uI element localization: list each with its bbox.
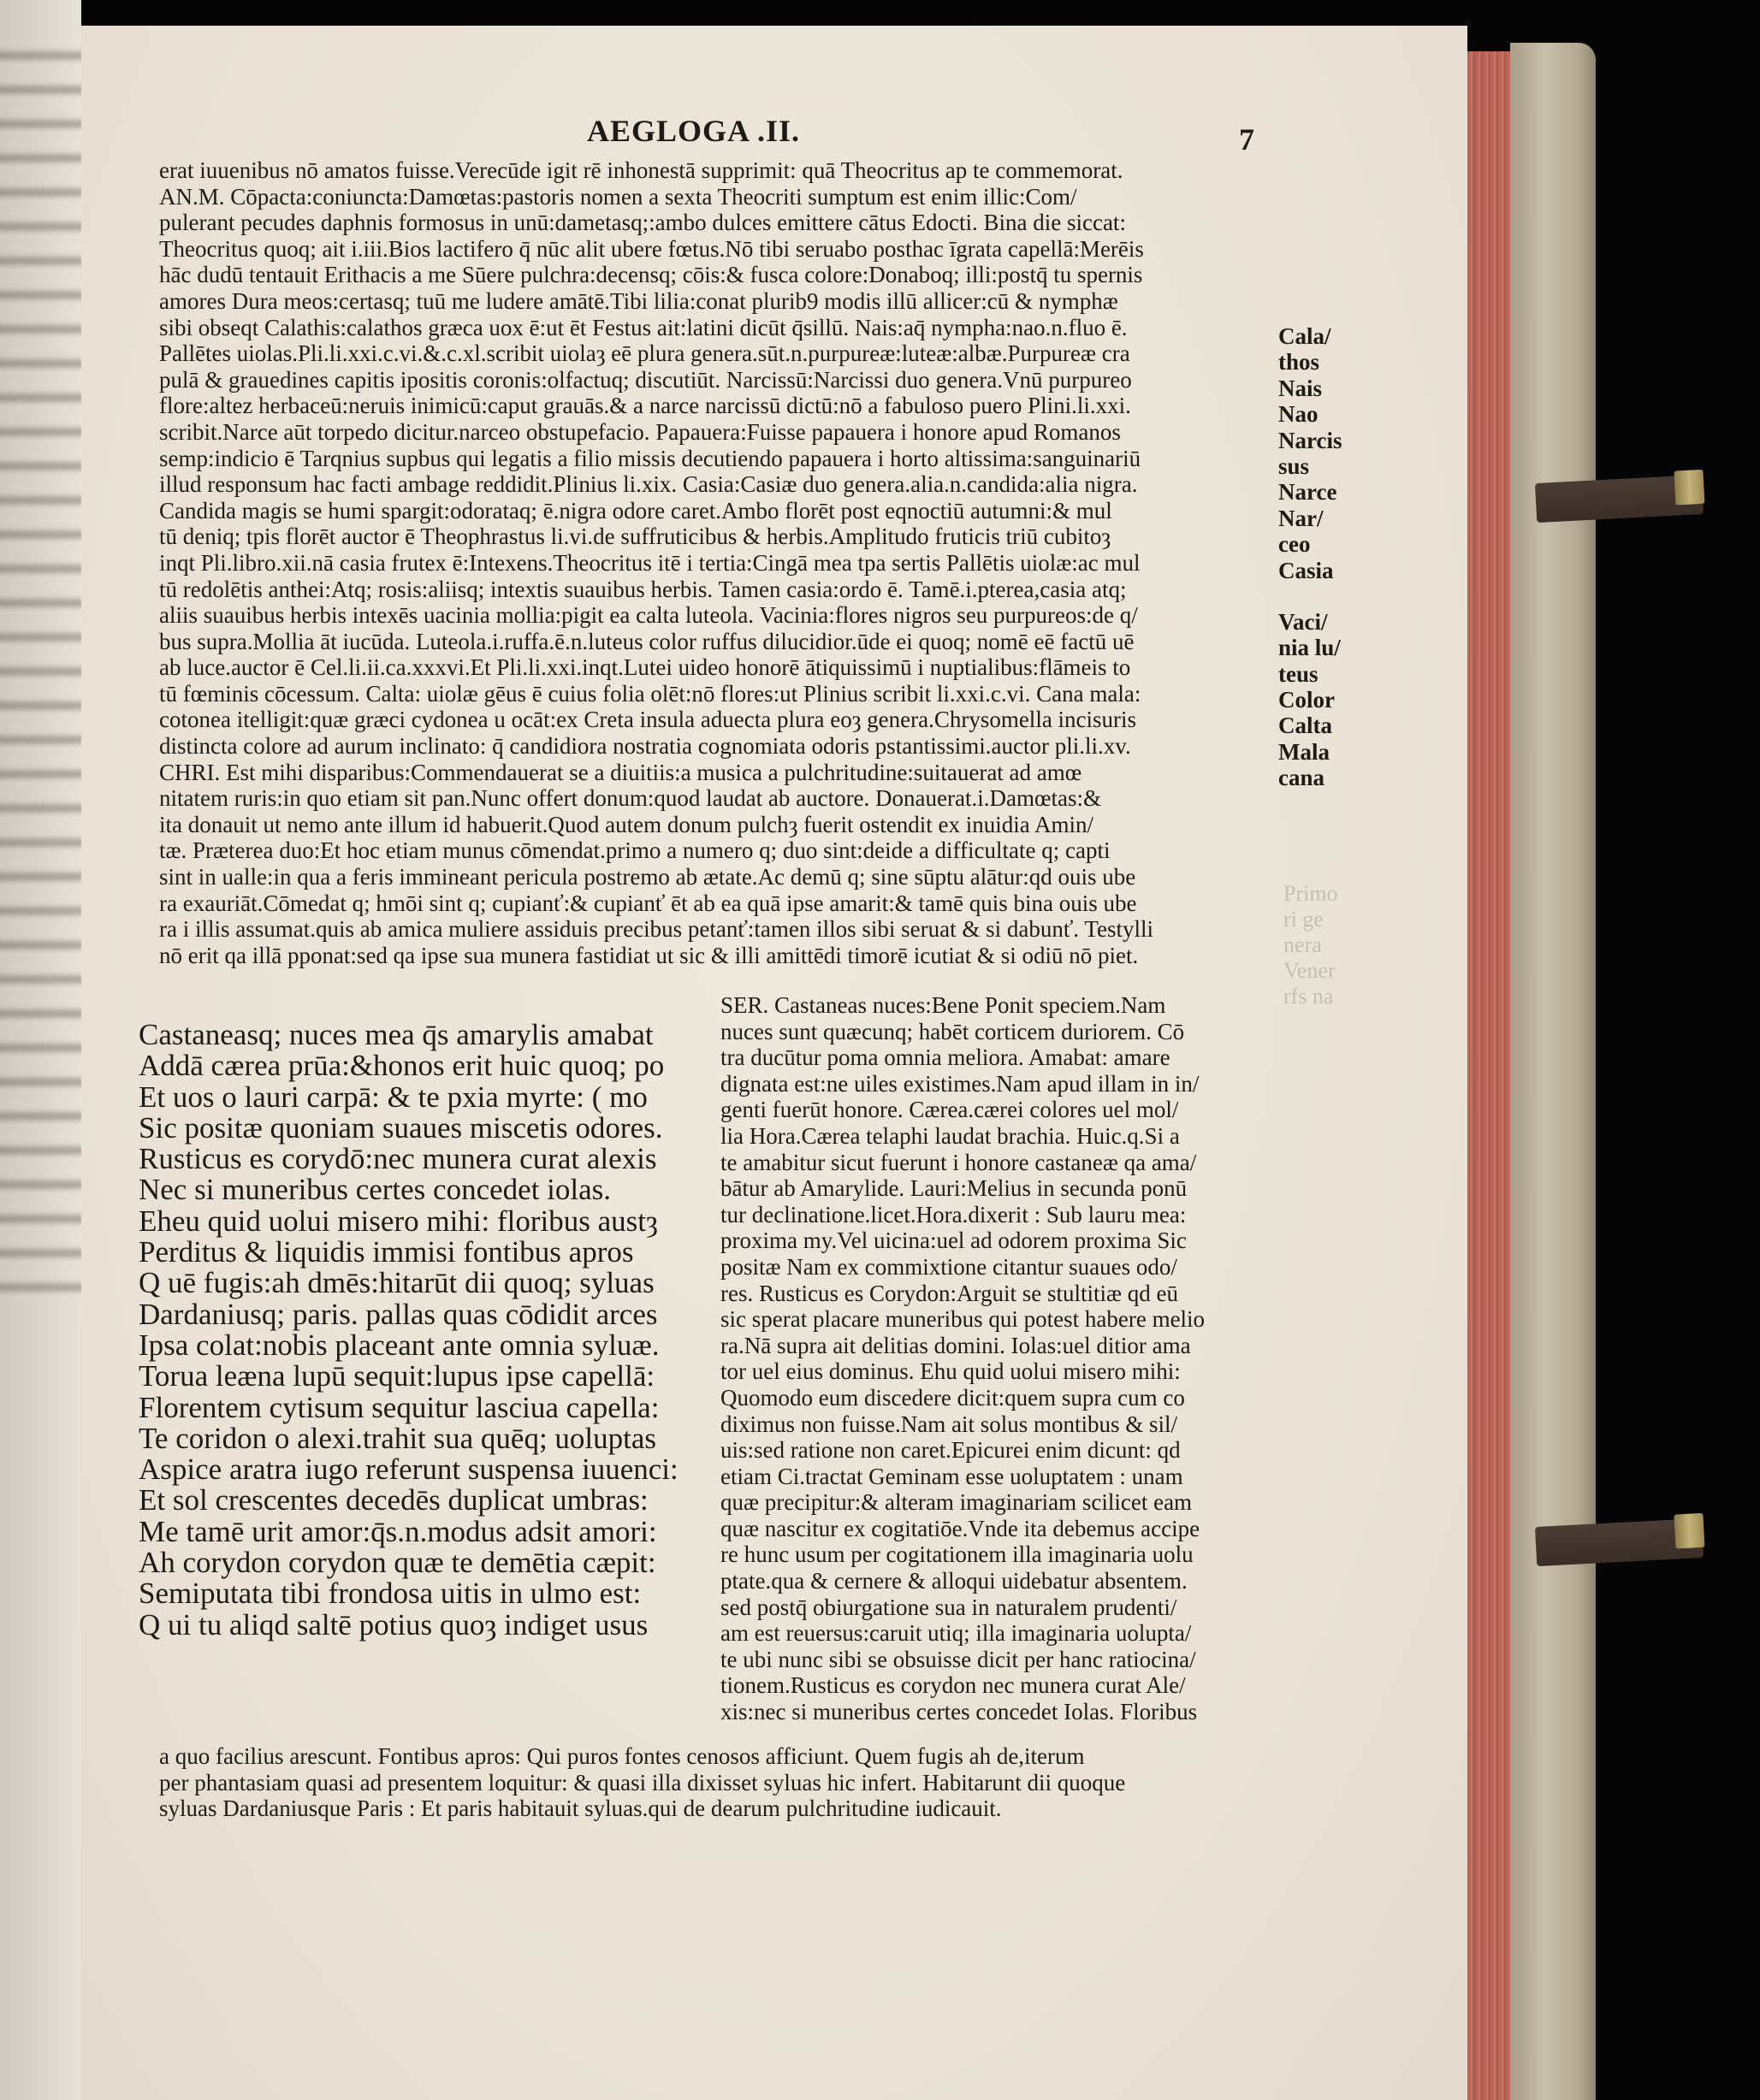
commentary-line: genti fuerūt honore. Cærea.cærei colores… bbox=[720, 1097, 1205, 1123]
verse-line: Et uos o lauri carpā: & te pxia myrte: (… bbox=[139, 1082, 679, 1113]
commentary-line: sic sperat placare muneribus qui potest … bbox=[720, 1306, 1205, 1333]
blurred-text-line bbox=[0, 1180, 81, 1189]
facing-left-page bbox=[0, 0, 81, 2100]
blurred-text-line bbox=[0, 975, 81, 984]
verse-line: Q ui tu aliqd saltē potius quoȝ indiget … bbox=[139, 1610, 679, 1641]
verse-line: Q uē fugis:ah dmēs:hitarūt dii quoq; syl… bbox=[139, 1268, 679, 1298]
blurred-text-line bbox=[0, 1283, 81, 1292]
blurred-text-line bbox=[0, 907, 81, 915]
commentary-line: tæ. Præterea duo:Et hoc etiam munus cōme… bbox=[159, 837, 1153, 864]
book-binding-vellum bbox=[1510, 43, 1596, 2100]
commentary-line: tur declinatione.licet.Hora.dixerit : Su… bbox=[720, 1202, 1205, 1228]
commentary-line: lia Hora.Cærea telaphi laudat brachia. H… bbox=[720, 1123, 1205, 1150]
brass-clasp-fitting bbox=[1674, 470, 1704, 506]
commentary-top: erat iuuenibus nō amatos fuisse.Verecūde… bbox=[159, 157, 1153, 968]
commentary-line: Candida magis se humi spargit:odorataq; … bbox=[159, 498, 1153, 524]
verse-line: Castaneasq; nuces mea q̄s amarylis amaba… bbox=[139, 1020, 679, 1050]
commentary-line: sint in ualle:in qua a feris immineant p… bbox=[159, 864, 1153, 890]
commentary-line: xis:nec si muneribus certes concedet Iol… bbox=[720, 1699, 1205, 1725]
commentary-line: ra i illis assumat.quis ab amica muliere… bbox=[159, 916, 1153, 943]
verse-line: Me tamē urit amor:q̄s.n.modus adsit amor… bbox=[139, 1517, 679, 1547]
commentary-line: semp:indicio ē Tarqnius supbus qui legat… bbox=[159, 446, 1153, 472]
commentary-line: dignata est:ne uiles existimes.Nam apud … bbox=[720, 1071, 1205, 1097]
commentary-line: nitatem ruris:in quo etiam sit pan.Nunc … bbox=[159, 785, 1153, 812]
blurred-text-line bbox=[0, 736, 81, 744]
commentary-line: tra ducūtur poma omnia meliora. Amabat: … bbox=[720, 1044, 1205, 1071]
verse-line: Semiputata tibi frondosa uitis in ulmo e… bbox=[139, 1578, 679, 1609]
verse-line: Sic positæ quoniam suaues miscetis odore… bbox=[139, 1113, 679, 1144]
commentary-line: te amabitur sicut fuerunt i honore casta… bbox=[720, 1150, 1205, 1176]
verse-line: Eheu quid uolui misero mihi: floribus au… bbox=[139, 1206, 679, 1237]
commentary-line: sibi obseqt Calathis:calathos græca uox … bbox=[159, 315, 1153, 341]
blurred-text-line bbox=[0, 565, 81, 573]
show-through-text: Primo ri ge nera Vener rfs na bbox=[1283, 881, 1338, 1009]
commentary-line: pulerant pecudes daphnis formosus in unū… bbox=[159, 210, 1153, 236]
blurred-text-line bbox=[0, 1078, 81, 1086]
blurred-text-line bbox=[0, 428, 81, 436]
commentary-line: CHRI. Est mihi disparibus:Commendauerat … bbox=[159, 760, 1153, 786]
blurred-text-line bbox=[0, 530, 81, 539]
show-through-line: nera bbox=[1283, 932, 1338, 958]
commentary-line: ab luce.auctor ē Cel.li.ii.ca.xxxvi.Et P… bbox=[159, 654, 1153, 681]
blurred-text-line bbox=[0, 804, 81, 813]
commentary-line: tū deniq; tpis florēt auctor ē Theophras… bbox=[159, 524, 1153, 550]
marginal-note: Calta bbox=[1278, 713, 1342, 738]
marginal-note: nia lu/ bbox=[1278, 635, 1342, 660]
verse-line: Florentem cytisum sequitur lasciua capel… bbox=[139, 1393, 679, 1423]
blurred-text-line bbox=[0, 770, 81, 778]
commentary-line: bātur ab Amarylide. Lauri:Melius in secu… bbox=[720, 1175, 1205, 1202]
show-through-line: ri ge bbox=[1283, 907, 1338, 932]
commentary-line: AN.M. Cōpacta:coniuncta:Damœtas:pastoris… bbox=[159, 184, 1153, 210]
marginal-note: Nao bbox=[1278, 401, 1342, 427]
commentary-line: tū redolētis anthei:Atq; rosis:aliisq; i… bbox=[159, 577, 1153, 603]
verse-line: Addā cærea prūa:&honos erit huic quoq; p… bbox=[139, 1050, 679, 1081]
brass-clasp-fitting bbox=[1674, 1513, 1704, 1549]
blurred-text-line bbox=[0, 462, 81, 470]
blurred-text-line bbox=[0, 188, 81, 197]
verse-line: Aspice aratra iugo referunt suspensa iuu… bbox=[139, 1454, 679, 1485]
commentary-line: am est reuersus:caruit utiq; illa imagin… bbox=[720, 1620, 1205, 1647]
verse-line: Torua leæna lupū sequit:lupus ipse capel… bbox=[139, 1361, 679, 1392]
marginal-note: Narce bbox=[1278, 479, 1342, 505]
commentary-line: te ubi nunc sibi se obsuisse dicit per h… bbox=[720, 1647, 1205, 1673]
commentary-line: quæ precipitur:& alteram imaginariam sci… bbox=[720, 1489, 1205, 1516]
blurred-text-line bbox=[0, 257, 81, 265]
marginal-note: Mala bbox=[1278, 739, 1342, 765]
verse-line: Te coridon o alexi.trahit sua quēq; uolu… bbox=[139, 1423, 679, 1454]
lower-clasp bbox=[1535, 1518, 1704, 1566]
commentary-line: inqt Pli.libro.xii.nā casia frutex ē:Int… bbox=[159, 550, 1153, 577]
blurred-text-line bbox=[0, 325, 81, 334]
blurred-text-line bbox=[0, 120, 81, 128]
commentary-line: ra exauriāt.Cōmedat q; hmōi sint q; cupi… bbox=[159, 890, 1153, 917]
blurred-text-line bbox=[0, 86, 81, 94]
marginal-note: thos bbox=[1278, 349, 1342, 375]
commentary-line: tor uel eius dominus. Ehu quid uolui mis… bbox=[720, 1358, 1205, 1385]
marginal-note: Narcis bbox=[1278, 428, 1342, 453]
commentary-right-column: SER. Castaneas nuces:Bene Ponit speciem.… bbox=[720, 992, 1205, 1725]
marginal-note: Nar/ bbox=[1278, 506, 1342, 531]
commentary-line: ita donauit ut nemo ante illum id habuer… bbox=[159, 812, 1153, 838]
verse-line: Dardaniusq; paris. pallas quas cōdidit a… bbox=[139, 1299, 679, 1330]
commentary-line: tionem.Rusticus es corydon nec munera cu… bbox=[720, 1672, 1205, 1699]
blurred-text-line bbox=[0, 667, 81, 676]
commentary-line: aliis suauibus herbis intexēs uacinia mo… bbox=[159, 602, 1153, 629]
blurred-text-line bbox=[0, 1009, 81, 1018]
commentary-line: pulā & grauedines capitis ipositis coron… bbox=[159, 367, 1153, 393]
commentary-line: erat iuuenibus nō amatos fuisse.Verecūde… bbox=[159, 157, 1153, 184]
blurred-text-line bbox=[0, 1249, 81, 1257]
marginal-note: sus bbox=[1278, 453, 1342, 479]
verse-text: Castaneasq; nuces mea q̄s amarylis amaba… bbox=[139, 1020, 679, 1641]
commentary-line: diximus non fuisse.Nam ait solus montibu… bbox=[720, 1411, 1205, 1438]
blurred-text-line bbox=[0, 1146, 81, 1155]
commentary-line: per phantasiam quasi ad presentem loquit… bbox=[159, 1770, 1125, 1796]
commentary-bottom: a quo facilius arescunt. Fontibus apros:… bbox=[159, 1743, 1125, 1822]
blurred-text-line bbox=[0, 633, 81, 642]
upper-clasp bbox=[1535, 475, 1704, 523]
verse-line: Nec si muneribus certes concedet iolas. bbox=[139, 1174, 679, 1205]
commentary-line: syluas Dardaniusque Paris : Et paris hab… bbox=[159, 1795, 1125, 1822]
blurred-text-line bbox=[0, 1112, 81, 1121]
commentary-line: nuces sunt quæcunq; habēt corticem durio… bbox=[720, 1019, 1205, 1045]
commentary-line: Pallētes uiolas.Pli.li.xxi.c.vi.&.c.xl.s… bbox=[159, 340, 1153, 367]
commentary-line: scribit.Narce aūt torpedo dicitur.narceo… bbox=[159, 419, 1153, 446]
marginal-note: teus bbox=[1278, 661, 1342, 687]
commentary-line: ptate.qua & cernere & alloqui uidebatur … bbox=[720, 1568, 1205, 1594]
marginal-note: Vaci/ bbox=[1278, 609, 1342, 635]
commentary-line: Theocritus quoq; ait i.iii.Bios lactifer… bbox=[159, 236, 1153, 263]
marginal-note: Nais bbox=[1278, 376, 1342, 401]
blurred-text-line bbox=[0, 838, 81, 847]
commentary-line: flore:altez herbaceū:neruis inimicū:capu… bbox=[159, 393, 1153, 419]
blurred-text-line bbox=[0, 941, 81, 949]
blurred-text-line bbox=[0, 701, 81, 710]
commentary-line: bus supra.Mollia āt iucūda. Luteola.i.ru… bbox=[159, 629, 1153, 655]
commentary-line: SER. Castaneas nuces:Bene Ponit speciem.… bbox=[720, 992, 1205, 1019]
blurred-text-line bbox=[0, 393, 81, 402]
blurred-text-line bbox=[0, 222, 81, 231]
commentary-line: positæ Nam ex commixtione citantur suaue… bbox=[720, 1254, 1205, 1281]
verse-line: Rusticus es corydō:nec munera curat alex… bbox=[139, 1144, 679, 1174]
verse-line: Et sol crescentes decedēs duplicat umbra… bbox=[139, 1485, 679, 1516]
show-through-line: Primo bbox=[1283, 881, 1338, 907]
commentary-line: amores Dura meos:certasq; tuū me ludere … bbox=[159, 288, 1153, 315]
blurred-text-line bbox=[0, 291, 81, 299]
commentary-line: tū fœminis cōcessum. Calta: uiolæ gēus ē… bbox=[159, 681, 1153, 707]
marginal-gap bbox=[1278, 583, 1342, 609]
marginal-note: cana bbox=[1278, 765, 1342, 790]
show-through-line: Vener bbox=[1283, 958, 1338, 984]
blurred-text-line bbox=[0, 873, 81, 881]
verse-line: Ipsa colat:nobis placeant ante omnia syl… bbox=[139, 1330, 679, 1361]
marginal-notes: Cala/ thos Nais Nao Narcis sus Narce Nar… bbox=[1278, 323, 1342, 791]
marginal-note: ceo bbox=[1278, 531, 1342, 557]
commentary-line: nō erit qa illā pponat:sed qa ipse sua m… bbox=[159, 943, 1153, 969]
commentary-line: hāc dudū tentauit Erithacis a me Sūere p… bbox=[159, 262, 1153, 288]
blurred-text-line bbox=[0, 51, 81, 60]
show-through-line: rfs na bbox=[1283, 984, 1338, 1009]
commentary-line: distincta colore ad aurum inclinato: q̄ … bbox=[159, 733, 1153, 760]
commentary-line: Quomodo eum discedere dicit:quem supra c… bbox=[720, 1385, 1205, 1411]
verse-line: Ah corydon corydon quæ te demētia cæpit: bbox=[139, 1547, 679, 1578]
commentary-line: ra.Nā supra ait delitias domini. Iolas:u… bbox=[720, 1333, 1205, 1359]
blurred-text-line bbox=[0, 359, 81, 368]
commentary-line: illud responsum hac facti ambage reddidi… bbox=[159, 471, 1153, 498]
commentary-line: etiam Ci.tractat Geminam esse uoluptatem… bbox=[720, 1464, 1205, 1490]
commentary-line: re hunc usum per cogitationem illa imagi… bbox=[720, 1541, 1205, 1568]
blurred-text-line bbox=[0, 496, 81, 505]
blurred-text-line bbox=[0, 1215, 81, 1223]
blurred-text-line bbox=[0, 154, 81, 163]
verse-line: Perditus & liquidis immisi fontibus apro… bbox=[139, 1237, 679, 1268]
commentary-line: cotonea itelligit:quæ græci cydonea u oc… bbox=[159, 707, 1153, 733]
running-title: AEGLOGA .II. bbox=[587, 113, 800, 149]
commentary-line: proxima my.Vel uicina:uel ad odorem prox… bbox=[720, 1227, 1205, 1254]
marginal-note: Casia bbox=[1278, 558, 1342, 583]
commentary-line: res. Rusticus es Corydon:Arguit se stult… bbox=[720, 1281, 1205, 1307]
commentary-line: a quo facilius arescunt. Fontibus apros:… bbox=[159, 1743, 1125, 1770]
folio-number: 7 bbox=[1239, 121, 1255, 157]
marginal-note: Color bbox=[1278, 687, 1342, 713]
commentary-line: quæ nascitur ex cogitatiōe.Vnde ita debe… bbox=[720, 1516, 1205, 1542]
blurred-text-line bbox=[0, 599, 81, 607]
marginal-note: Cala/ bbox=[1278, 323, 1342, 349]
commentary-line: uis:sed ratione non caret.Epicurei enim … bbox=[720, 1437, 1205, 1464]
commentary-line: sed postq̄ obiurgatione sua in naturalem… bbox=[720, 1594, 1205, 1621]
blurred-text-line bbox=[0, 1044, 81, 1052]
